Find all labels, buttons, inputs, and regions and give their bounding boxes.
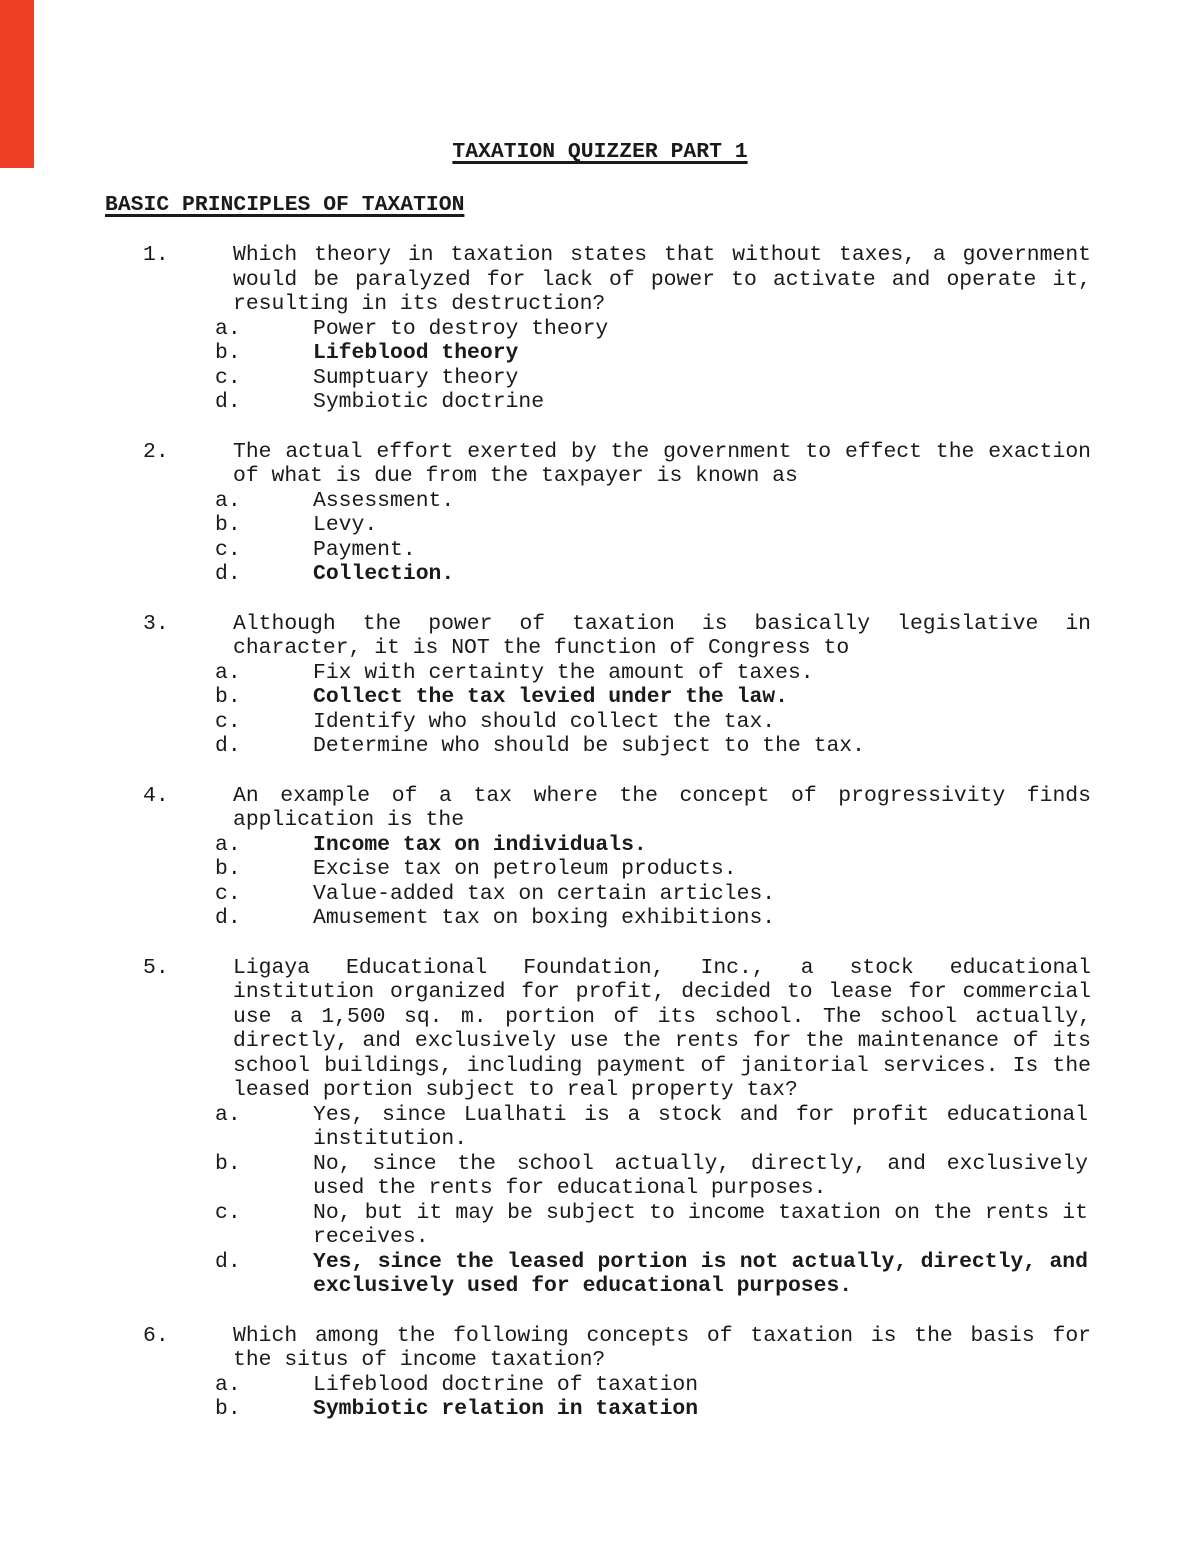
option-row: a. Fix with certainty the amount of taxe… <box>313 661 1088 686</box>
option-letter: d. <box>215 734 241 759</box>
question-text: Although the power of taxation is basica… <box>233 612 1091 661</box>
option-letter: b. <box>215 1397 241 1422</box>
option-row: d. Determine who should be subject to th… <box>313 734 1088 759</box>
option-text: Assessment. <box>313 489 454 513</box>
option-letter: c. <box>215 710 241 735</box>
question-text: Which theory in taxation states that wit… <box>233 243 1091 317</box>
document-page: TAXATION QUIZZER PART 1 BASIC PRINCIPLES… <box>0 0 1200 1553</box>
question-number: 1. <box>143 243 169 268</box>
option-row: d. Yes, since the leased portion is not … <box>313 1250 1088 1299</box>
question-number: 4. <box>143 784 169 809</box>
option-row: b. Collect the tax levied under the law. <box>313 685 1088 710</box>
option-letter: a. <box>215 833 241 858</box>
option-row: b. Symbiotic relation in taxation <box>313 1397 1088 1422</box>
option-letter: d. <box>215 906 241 931</box>
option-row: d. Symbiotic doctrine <box>313 390 1088 415</box>
question-item: 6. Which among the following concepts of… <box>105 1324 1095 1422</box>
option-text: Yes, since the leased portion is not act… <box>313 1250 1088 1299</box>
option-row: c. No, but it may be subject to income t… <box>313 1201 1088 1250</box>
option-letter: a. <box>215 1373 241 1398</box>
option-letter: d. <box>215 390 241 415</box>
question-text: Ligaya Educational Foundation, Inc., a s… <box>233 956 1091 1103</box>
option-text: Identify who should collect the tax. <box>313 710 775 734</box>
question-item: 1. Which theory in taxation states that … <box>105 243 1095 415</box>
page-content: TAXATION QUIZZER PART 1 BASIC PRINCIPLES… <box>105 0 1095 1447</box>
option-row: a. Power to destroy theory <box>313 317 1088 342</box>
option-letter: a. <box>215 489 241 514</box>
option-letter: a. <box>215 661 241 686</box>
option-text: Yes, since Lualhati is a stock and for p… <box>313 1103 1088 1152</box>
question-text: Which among the following concepts of ta… <box>233 1324 1091 1373</box>
option-row: a. Yes, since Lualhati is a stock and fo… <box>313 1103 1088 1152</box>
question-number: 3. <box>143 612 169 637</box>
option-text: Symbiotic doctrine <box>313 390 544 414</box>
option-text: Fix with certainty the amount of taxes. <box>313 661 814 685</box>
option-letter: a. <box>215 317 241 342</box>
option-row: c. Identify who should collect the tax. <box>313 710 1088 735</box>
option-text: Income tax on individuals. <box>313 833 647 857</box>
option-text: No, but it may be subject to income taxa… <box>313 1201 1088 1250</box>
page-title: TAXATION QUIZZER PART 1 <box>105 140 1095 165</box>
option-text: Payment. <box>313 538 416 562</box>
option-letter: c. <box>215 882 241 907</box>
option-letter: b. <box>215 341 241 366</box>
option-text: Amusement tax on boxing exhibitions. <box>313 906 775 930</box>
option-row: b. Excise tax on petroleum products. <box>313 857 1088 882</box>
option-row: b. No, since the school actually, direct… <box>313 1152 1088 1201</box>
option-text: Sumptuary theory <box>313 366 518 390</box>
option-letter: a. <box>215 1103 241 1128</box>
question-text: The actual effort exerted by the governm… <box>233 440 1091 489</box>
option-text: Determine who should be subject to the t… <box>313 734 865 758</box>
option-row: c. Sumptuary theory <box>313 366 1088 391</box>
option-row: d. Amusement tax on boxing exhibitions. <box>313 906 1088 931</box>
option-letter: c. <box>215 1201 241 1226</box>
option-row: b. Lifeblood theory <box>313 341 1088 366</box>
question-item: 4. An example of a tax where the concept… <box>105 784 1095 931</box>
red-ribbon <box>0 0 34 168</box>
question-item: 3. Although the power of taxation is bas… <box>105 612 1095 759</box>
option-text: Levy. <box>313 513 377 537</box>
option-text: Lifeblood doctrine of taxation <box>313 1373 698 1397</box>
option-letter: c. <box>215 538 241 563</box>
option-letter: b. <box>215 857 241 882</box>
option-letter: b. <box>215 685 241 710</box>
option-text: Power to destroy theory <box>313 317 608 341</box>
option-row: a. Assessment. <box>313 489 1088 514</box>
section-heading: BASIC PRINCIPLES OF TAXATION <box>105 193 1095 218</box>
option-text: Lifeblood theory <box>313 341 518 365</box>
question-text: An example of a tax where the concept of… <box>233 784 1091 833</box>
option-row: c. Value-added tax on certain articles. <box>313 882 1088 907</box>
option-row: b. Levy. <box>313 513 1088 538</box>
option-text: Collect the tax levied under the law. <box>313 685 788 709</box>
option-text: No, since the school actually, directly,… <box>313 1152 1088 1201</box>
option-letter: b. <box>215 1152 241 1177</box>
option-row: c. Payment. <box>313 538 1088 563</box>
question-item: 5. Ligaya Educational Foundation, Inc., … <box>105 956 1095 1299</box>
question-number: 5. <box>143 956 169 981</box>
question-item: 2. The actual effort exerted by the gove… <box>105 440 1095 587</box>
option-text: Symbiotic relation in taxation <box>313 1397 698 1421</box>
option-row: a. Lifeblood doctrine of taxation <box>313 1373 1088 1398</box>
option-letter: c. <box>215 366 241 391</box>
question-number: 6. <box>143 1324 169 1349</box>
option-letter: b. <box>215 513 241 538</box>
question-list: 1. Which theory in taxation states that … <box>105 243 1095 1422</box>
option-letter: d. <box>215 562 241 587</box>
option-letter: d. <box>215 1250 241 1275</box>
option-row: d. Collection. <box>313 562 1088 587</box>
option-text: Excise tax on petroleum products. <box>313 857 737 881</box>
option-row: a. Income tax on individuals. <box>313 833 1088 858</box>
option-text: Value-added tax on certain articles. <box>313 882 775 906</box>
question-number: 2. <box>143 440 169 465</box>
option-text: Collection. <box>313 562 454 586</box>
